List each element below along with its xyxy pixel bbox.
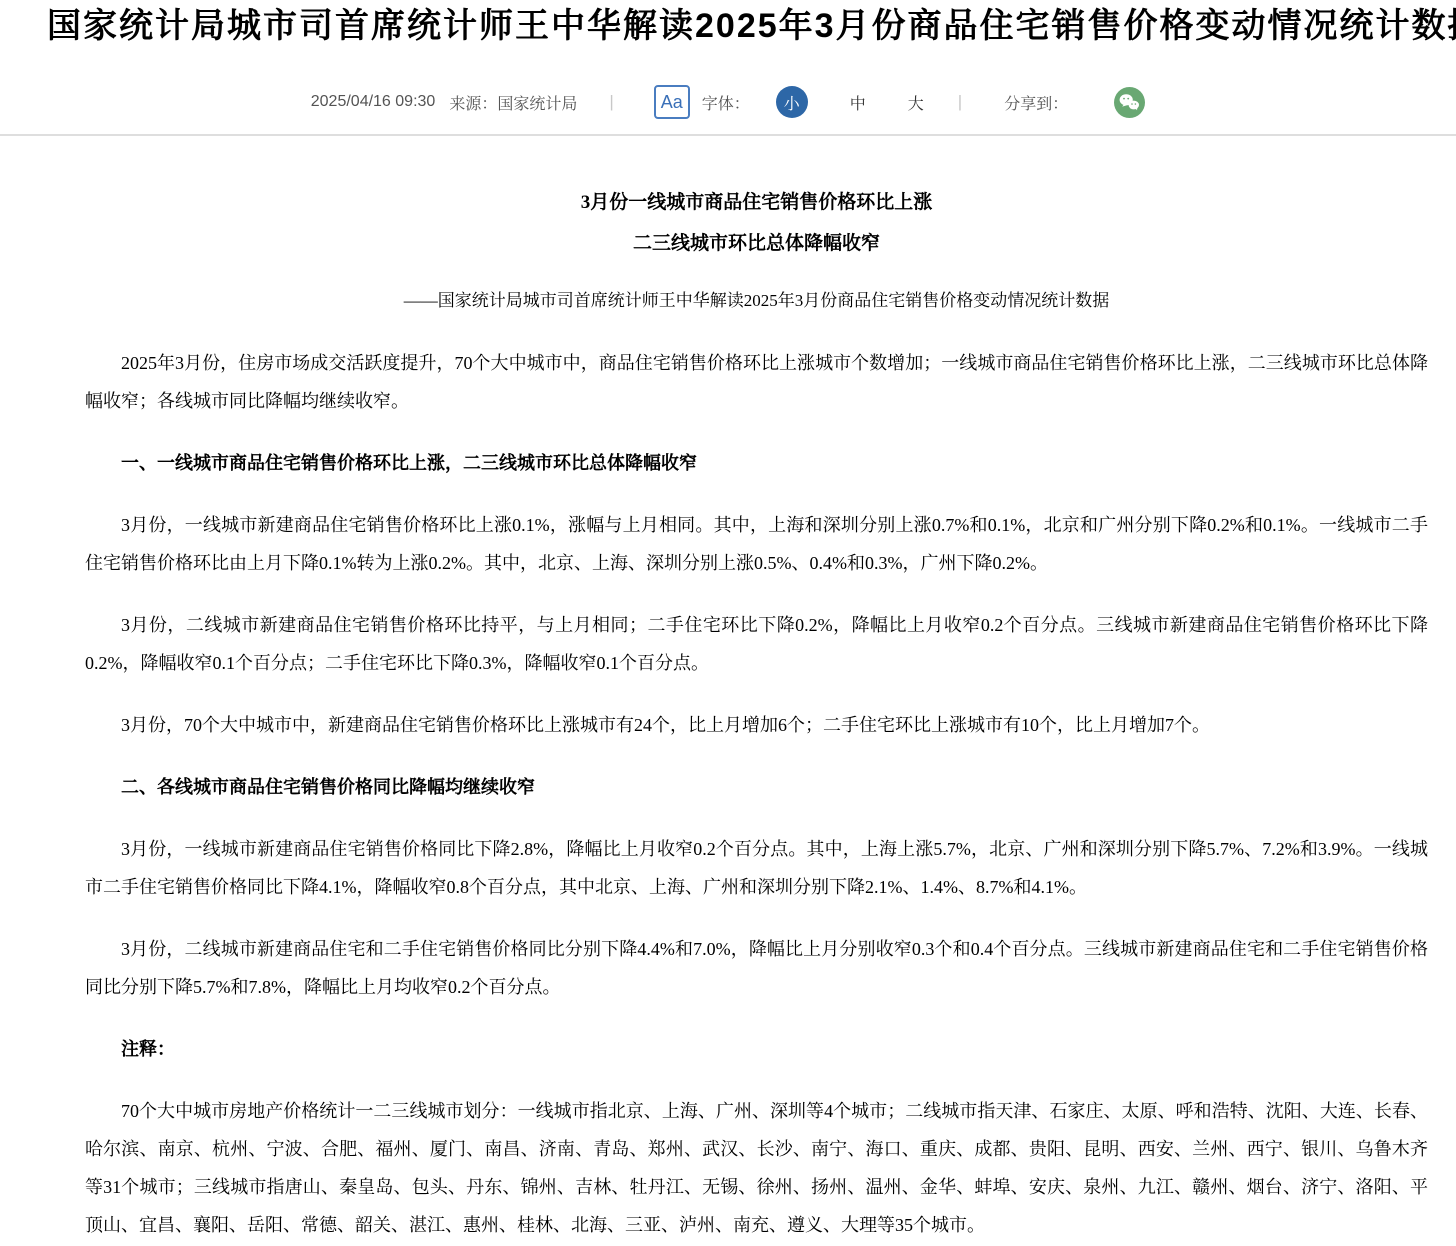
section-heading: 二、各线城市商品住宅销售价格同比降幅均继续收窄	[85, 768, 1428, 806]
header-divider	[0, 134, 1456, 136]
font-size-label: 字体：	[702, 91, 750, 114]
paragraph: 2025年3月份，住房市场成交活跃度提升，70个大中城市中，商品住宅销售价格环比…	[85, 344, 1428, 420]
source-label: 来源：国家统计局	[449, 91, 577, 114]
font-size-reset-button[interactable]: Aa	[654, 85, 690, 119]
meta-separator: |	[609, 92, 613, 112]
paragraph: 3月份，二线城市新建商品住宅销售价格环比持平，与上月相同；二手住宅环比下降0.2…	[85, 606, 1428, 682]
font-medium-button[interactable]: 中	[850, 91, 866, 114]
font-large-button[interactable]: 大	[908, 91, 924, 114]
share-label: 分享到：	[1004, 91, 1068, 114]
content-heading-line2: 二三线城市环比总体降幅收窄	[85, 223, 1428, 264]
paragraph: 3月份，一线城市新建商品住宅销售价格同比下降2.8%，降幅比上月收窄0.2个百分…	[85, 830, 1428, 906]
paragraph: 3月份，一线城市新建商品住宅销售价格环比上涨0.1%，涨幅与上月相同。其中，上海…	[85, 506, 1428, 582]
byline: ——国家统计局城市司首席统计师王中华解读2025年3月份商品住宅销售价格变动情况…	[85, 288, 1428, 314]
font-small-button[interactable]: 小	[776, 86, 808, 118]
article-body: 3月份一线城市商品住宅销售价格环比上涨 二三线城市环比总体降幅收窄 ——国家统计…	[85, 182, 1428, 1244]
article-blocks: 2025年3月份，住房市场成交活跃度提升，70个大中城市中，商品住宅销售价格环比…	[85, 344, 1428, 1244]
paragraph: 70个大中城市房地产价格统计一二三线城市划分：一线城市指北京、上海、广州、深圳等…	[85, 1092, 1428, 1244]
publish-datetime: 2025/04/16 09:30	[311, 93, 436, 111]
wechat-icon	[1114, 87, 1145, 118]
paragraph: 3月份，二线城市新建商品住宅和二手住宅销售价格同比分别下降4.4%和7.0%，降…	[85, 930, 1428, 1006]
content-heading-line1: 3月份一线城市商品住宅销售价格环比上涨	[85, 182, 1428, 223]
meta-bar: 2025/04/16 09:30 来源：国家统计局 | Aa 字体： 小 中 大…	[0, 84, 1456, 120]
section-heading: 一、一线城市商品住宅销售价格环比上涨，二三线城市环比总体降幅收窄	[85, 444, 1428, 482]
meta-separator: |	[958, 92, 962, 112]
page-title: 国家统计局城市司首席统计师王中华解读2025年3月份商品住宅销售价格变动情况统计…	[47, 4, 1456, 48]
wechat-share-button[interactable]	[1114, 87, 1145, 118]
article-header: 国家统计局城市司首席统计师王中华解读2025年3月份商品住宅销售价格变动情况统计…	[0, 4, 1456, 136]
paragraph: 3月份，70个大中城市中，新建商品住宅销售价格环比上涨城市有24个，比上月增加6…	[85, 706, 1428, 744]
notes-heading: 注释：	[85, 1030, 1428, 1068]
